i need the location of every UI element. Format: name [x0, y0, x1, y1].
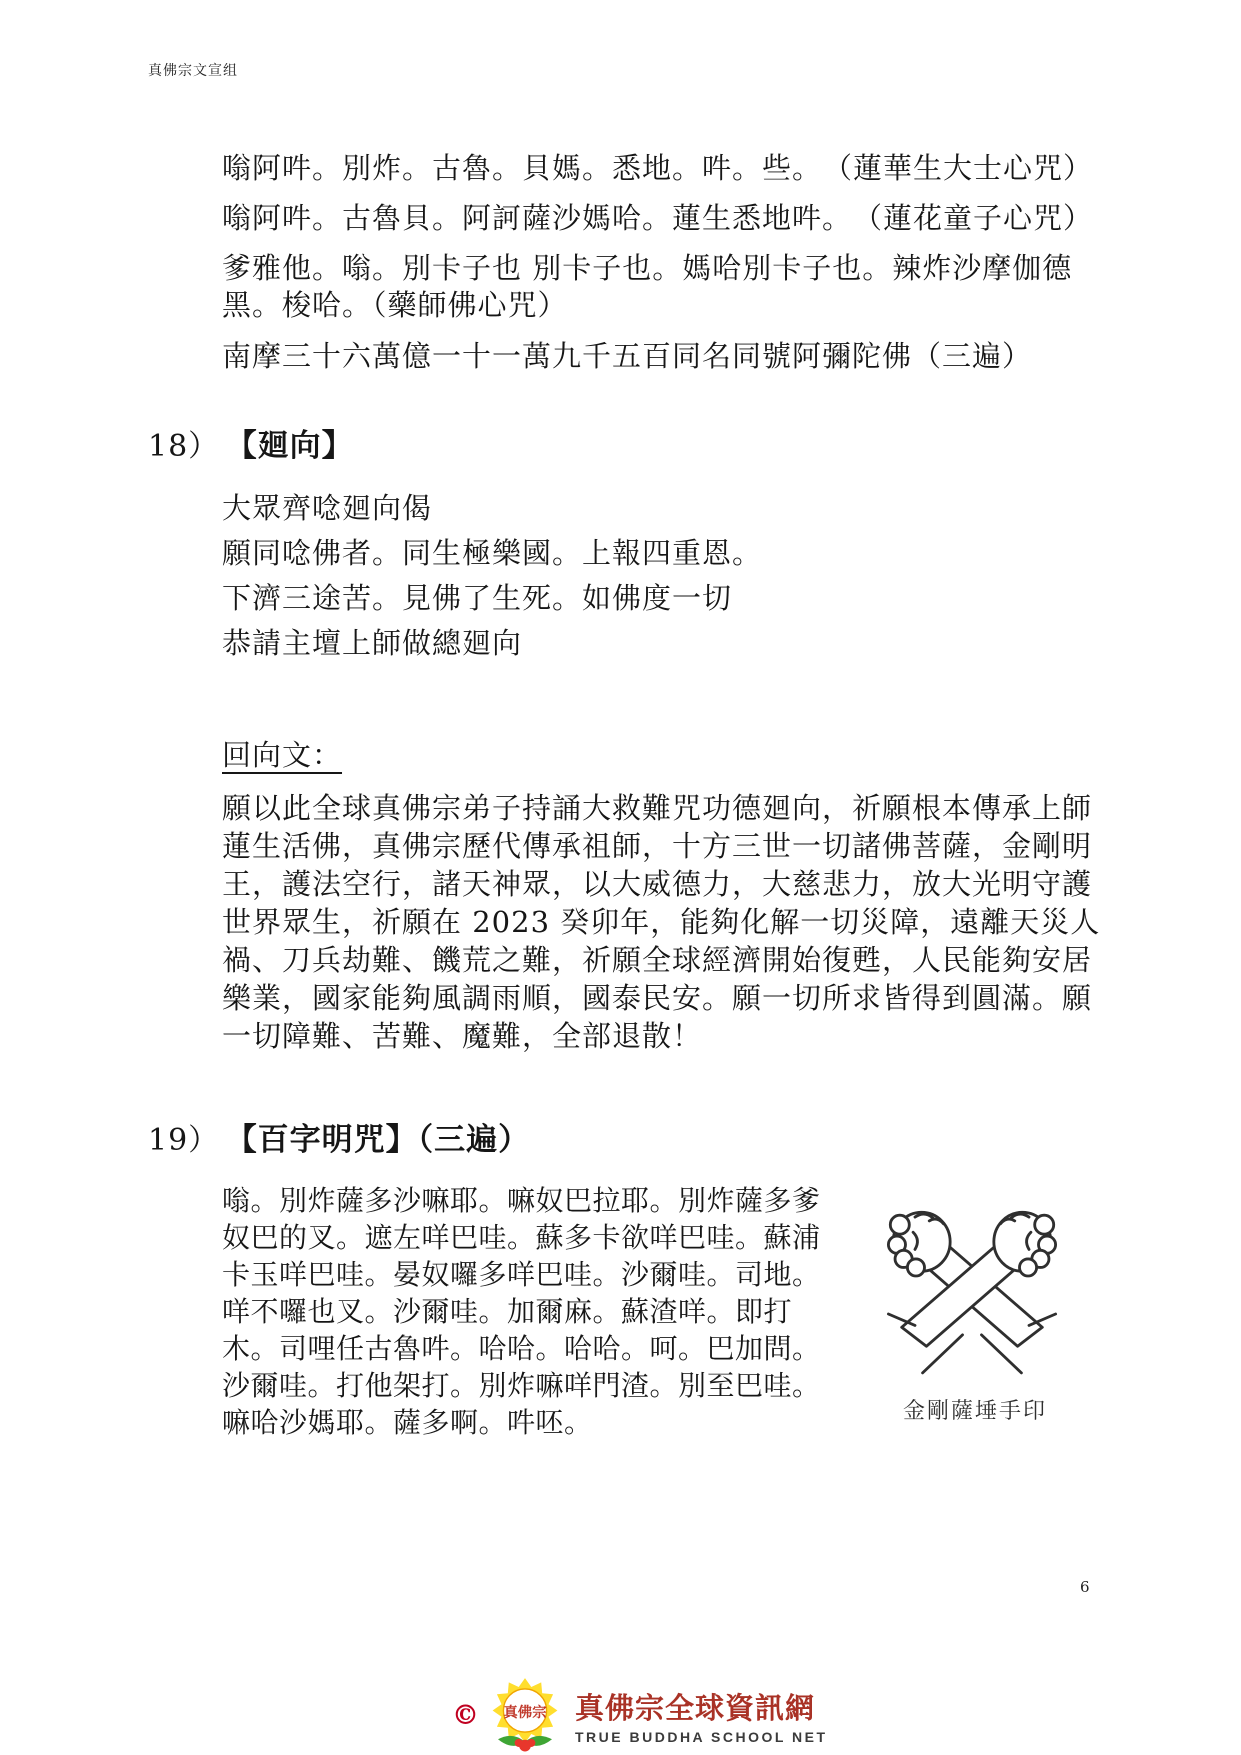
section-19-heading: 19）【百字明咒】（三遍） [148, 1114, 530, 1159]
dedication-line: 一切障難、苦難、魔難，全部退散！ [222, 1014, 702, 1055]
mantra-line: 南摩三十六萬億一十一萬九千五百同名同號阿彌陀佛（三遍） [222, 334, 1032, 375]
section-number: 18） [148, 429, 219, 464]
mantra-line: 嗡阿吽。別炸。古魯。貝媽。悉地。吽。些。 （蓮華生大士心咒） [222, 146, 1093, 187]
mantra-line: 咩不囉也叉。沙爾哇。加爾麻。蘇渣咩。即打 [222, 1290, 792, 1330]
mantra-line: 嘛哈沙媽耶。薩多啊。吽呸。 [222, 1401, 593, 1441]
verse-line: 願同唸佛者。同生極樂國。上報四重恩。 [222, 531, 762, 572]
running-header: 真佛宗文宣组 [148, 60, 238, 80]
section-title: 【廻向】 [241, 428, 354, 464]
dedication-line: 禍、刀兵劫難、饑荒之難，祈願全球經濟開始復甦，人民能夠安居 [222, 938, 1092, 979]
dedication-label: 回向文： [222, 733, 342, 774]
dedication-line: 樂業，國家能夠風調雨順，國泰民安。願一切所求皆得到圓滿。願 [222, 976, 1092, 1017]
site-name-chinese: 真佛宗全球資訊網 [575, 1686, 815, 1727]
mantra-line: 爹雅他。嗡。別卡子也 別卡子也。媽哈別卡子也。辣炸沙摩伽德 [222, 246, 1072, 287]
sun-lotus-logo-icon: 真佛宗 [489, 1674, 561, 1755]
footer-text-block: 真佛宗全球資訊網 TRUE BUDDHA SCHOOL NET [575, 1686, 828, 1745]
crossed-fists-illustration [872, 1200, 1072, 1390]
mantra-line: 嗡阿吽。古魯貝。阿訶薩沙媽哈。蓮生悉地吽。 （蓮花童子心咒） [222, 196, 1093, 237]
vajrasattva-mudra-image [872, 1200, 1072, 1394]
mantra-line: 奴巴的叉。遮左咩巴哇。蘇多卡欲咩巴哇。蘇浦 [222, 1216, 821, 1256]
section-18-heading: 18）【廻向】 [148, 420, 354, 465]
mantra-line: 黑。梭哈。（藥師佛心咒） [222, 283, 568, 324]
verse-line: 恭請主壇上師做總廻向 [222, 621, 522, 662]
mantra-line: 沙爾哇。打他架打。別炸嘛咩門渣。別至巴哇。 [222, 1364, 821, 1404]
mudra-caption: 金剛薩埵手印 [903, 1394, 1047, 1425]
verse-line: 下濟三途苦。見佛了生死。如佛度一切 [222, 576, 732, 617]
section-number: 19） [148, 1123, 219, 1158]
dedication-line: 願以此全球真佛宗弟子持誦大救難咒功德廻向，祈願根本傳承上師 [222, 786, 1092, 827]
mantra-line: 嗡。別炸薩多沙嘛耶。嘛奴巴拉耶。別炸薩多爹 [222, 1179, 821, 1219]
mantra-line: 木。司哩任古魯吽。哈哈。哈哈。呵。巴加問。 [222, 1327, 821, 1367]
dedication-line: 世界眾生，祈願在 2023 癸卯年，能夠化解一切災障，遠離天災人 [222, 900, 1100, 941]
section-title: 【百字明咒】（三遍） [241, 1122, 530, 1158]
logo-characters: 真佛宗 [503, 1703, 547, 1721]
mantra-line: 卡玉咩巴哇。晏奴囉多咩巴哇。沙爾哇。司地。 [222, 1253, 821, 1293]
page-number: 6 [1080, 1578, 1090, 1596]
document-page: 真佛宗文宣组 嗡阿吽。別炸。古魯。貝媽。悉地。吽。些。 （蓮華生大士心咒） 嗡阿… [0, 0, 1241, 1755]
copyright-icon: © [452, 1700, 479, 1731]
verse-line: 大眾齊唸廻向偈 [222, 486, 432, 527]
dedication-line: 王，護法空行，諸天神眾，以大威德力，大慈悲力，放大光明守護 [222, 862, 1092, 903]
site-name-english: TRUE BUDDHA SCHOOL NET [575, 1729, 828, 1745]
dedication-line: 蓮生活佛，真佛宗歷代傳承祖師，十方三世一切諸佛菩薩，金剛明 [222, 824, 1092, 865]
footer-brand: © 真佛宗 真佛宗全球資訊網 TRUE BUDDHA SCHOOL NET [452, 1674, 828, 1755]
